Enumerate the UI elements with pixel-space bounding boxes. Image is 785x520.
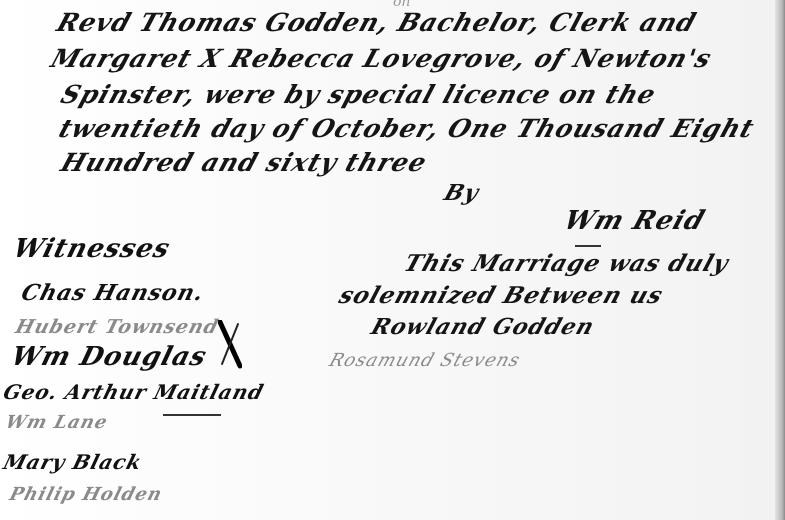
by-label: By (441, 180, 483, 206)
witness-4: Geo. Arthur Maitland (1, 380, 267, 404)
witness-6: Mary Black (1, 450, 145, 474)
witness-1: Chas Hanson. (19, 280, 208, 306)
witness-underline (163, 414, 221, 416)
faint-signature: Rosamund Stevens (327, 350, 524, 371)
entry-line-3: Spinster, were by special licence on the (57, 80, 660, 109)
officiant-signature: Wm Reid (560, 206, 709, 236)
groom-signature: Rowland Godden (368, 314, 598, 340)
solemnized-line-1: This Marriage was duly (401, 250, 733, 277)
entry-line-2: Margaret X Rebecca Lovegrove, of Newton'… (47, 44, 715, 73)
witnesses-label: Witnesses (10, 234, 174, 264)
entry-line-1: Revd Thomas Godden, Bachelor, Clerk and (53, 8, 700, 37)
register-page: on Revd Thomas Godden, Bachelor, Clerk a… (0, 0, 785, 520)
solemnized-line-2: solemnized Between us (336, 282, 667, 309)
officiant-underline (575, 245, 601, 247)
witness-3: Wm Douglas (8, 342, 210, 372)
witness-5: Wm Lane (3, 412, 110, 433)
entry-line-5: Hundred and sixty three (57, 148, 431, 177)
page-edge (775, 0, 785, 520)
witness-2: Hubert Townsend (13, 316, 221, 338)
witness-7: Philip Holden (7, 484, 165, 505)
entry-line-4: twentieth day of October, One Thousand E… (55, 114, 758, 143)
cross-mark-icon (218, 320, 242, 370)
